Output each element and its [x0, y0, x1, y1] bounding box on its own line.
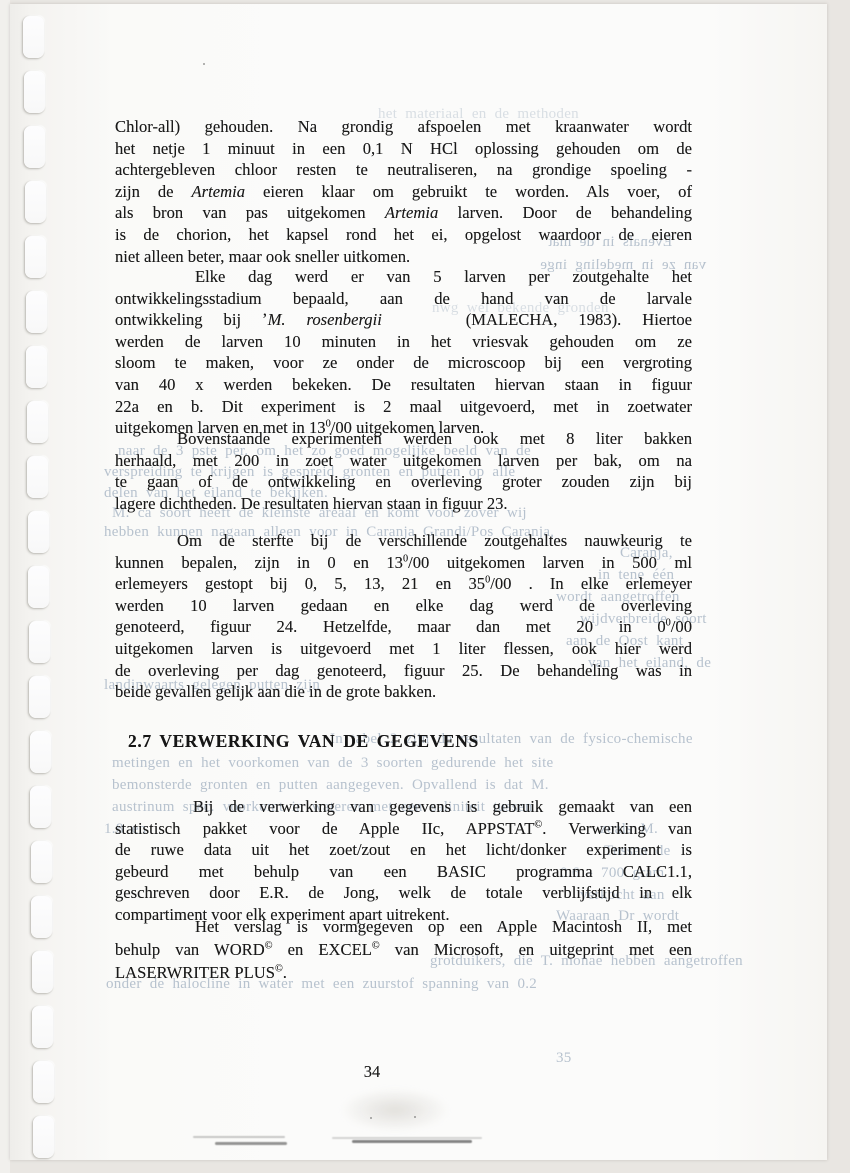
text-line: ontwikkelingsstadium bepaald, aan de han…	[115, 288, 692, 310]
text-line: van 40 x werden bekeken. De resultaten h…	[115, 374, 692, 396]
body-text: Chlor-all) gehouden. Na grondig afspoele…	[10, 4, 827, 1160]
paragraph-5: Bij de verwerking van gegevens is gebrui…	[115, 796, 692, 926]
text-line: geschreven door E.R. de Jong, welk de to…	[115, 882, 692, 904]
text-line: 22a en b. Dit experiment is 2 maal uitge…	[115, 396, 692, 418]
text-line: sloom te maken, voor ze onder de microsc…	[115, 352, 692, 374]
text-line: werden 10 larven gedaan en elke dag werd…	[115, 595, 692, 617]
text-line: ontwikkeling bij ʼM. rosenbergii (MALECH…	[115, 309, 692, 331]
text-line: te gaan of de ontwikkeling en overleving…	[115, 471, 692, 493]
text-line: erlemeyers gestopt bij 0, 5, 13, 21 en 3…	[115, 573, 692, 595]
paragraph-3: Bovenstaande experimenten werden ook met…	[115, 428, 692, 514]
text-line: Chlor-all) gehouden. Na grondig afspoele…	[115, 116, 692, 138]
text-line: gebeurd met behulp van een BASIC program…	[115, 861, 692, 883]
text-line: als bron van pas uitgekomen Artemia larv…	[115, 202, 692, 224]
text-line: genoteerd, figuur 24. Hetzelfde, maar da…	[115, 616, 692, 638]
text-line: de ruwe data uit het zoet/zout en het li…	[115, 839, 692, 861]
page-number: 34	[348, 1062, 396, 1082]
scan-canvas: { "document": { "language": "Dutch", "he…	[0, 0, 850, 1173]
text-line: is de chorion, het kapsel rond het ei, o…	[115, 224, 692, 246]
text-line: Het verslag is vormgegeven op een Apple …	[115, 915, 692, 938]
text-line: werden de larven 10 minuten in het vries…	[115, 331, 692, 353]
text-line: achtergebleven chloor resten te neutrali…	[115, 159, 692, 181]
text-line: behulp van WORD© en EXCEL© van Microsoft…	[115, 938, 692, 961]
text-line: Om de sterfte bij de verschillende zoutg…	[115, 530, 692, 552]
text-line: lagere dichtheden. De resultaten hiervan…	[115, 493, 692, 515]
text-line: beide gevallen gelijk aan die in de grot…	[115, 681, 692, 703]
text-line: kunnen bepalen, zijn in 0 en 130/00 uitg…	[115, 552, 692, 574]
text-line: uitgekomen larven is uitgevoerd met 1 li…	[115, 638, 692, 660]
text-line: LASERWRITER PLUS©.	[115, 961, 692, 984]
text-line: niet alleen beter, maar ook sneller uitk…	[115, 246, 692, 268]
paragraph-1: Chlor-all) gehouden. Na grondig afspoele…	[115, 116, 692, 267]
scanner-background-strip	[0, 0, 10, 1173]
text-line: de overleving per dag genoteerd, figuur …	[115, 660, 692, 682]
text-line: Bovenstaande experimenten werden ook met…	[115, 428, 692, 450]
text-line: het netje 1 minuut in een 0,1 N HCl oplo…	[115, 138, 692, 160]
text-line: Elke dag werd er van 5 larven per zoutge…	[115, 266, 692, 288]
text-line: statistisch pakket voor de Apple IIc, AP…	[115, 818, 692, 840]
text-line: herhaald, met 200 in zoet water uitgekom…	[115, 450, 692, 472]
paragraph-6: Het verslag is vormgegeven op een Apple …	[115, 915, 692, 984]
paragraph-4: Om de sterfte bij de verschillende zoutg…	[115, 530, 692, 703]
text-line: zijn de Artemia eieren klaar om gebruikt…	[115, 181, 692, 203]
section-heading: 2.7 VERWERKING VAN DE GEGEVENS	[128, 731, 479, 752]
paragraph-2: Elke dag werd er van 5 larven per zoutge…	[115, 266, 692, 439]
text-line: Bij de verwerking van gegevens is gebrui…	[115, 796, 692, 818]
document-page: het materiaal en de methodenEvenals in d…	[10, 4, 827, 1160]
